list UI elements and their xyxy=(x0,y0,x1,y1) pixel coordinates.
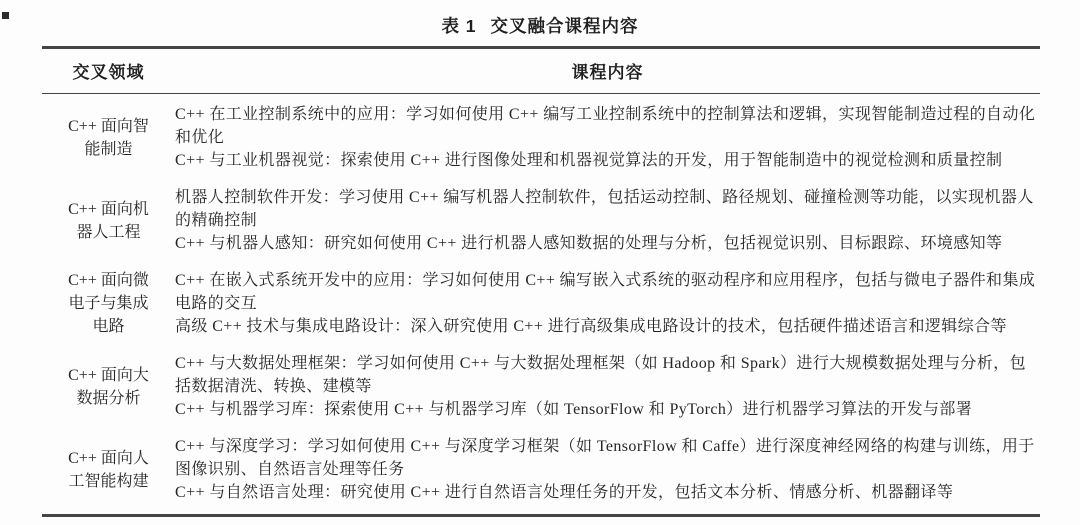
course-item: C++ 与机器人感知：研究如何使用 C++ 进行机器人感知数据的处理与分析，包括… xyxy=(175,232,1038,255)
table-caption-text: 交叉融合课程内容 xyxy=(491,16,639,36)
course-item: C++ 与工业机器视觉：探索使用 C++ 进行图像处理和机器视觉算法的开发，用于… xyxy=(175,149,1038,172)
table-row-big-data: C++ 面向大数据分析 C++ 与大数据处理框架：学习如何使用 C++ 与大数据… xyxy=(42,345,1040,428)
course-item: C++ 在嵌入式系统开发中的应用：学习如何使用 C++ 编写嵌入式系统的驱动程序… xyxy=(175,269,1038,315)
table-row-robotics: C++ 面向机器人工程 机器人控制软件开发：学习使用 C++ 编写机器人控制软件… xyxy=(42,179,1040,262)
domain-cell: C++ 面向机器人工程 xyxy=(42,186,175,255)
course-item: 高级 C++ 技术与集成电路设计：深入研究使用 C++ 进行高级集成电路设计的技… xyxy=(175,315,1038,338)
table-caption-label: 表 1 xyxy=(441,16,476,36)
header-domain: 交叉领域 xyxy=(42,58,175,83)
table-caption: 表 1交叉融合课程内容 xyxy=(0,0,1080,38)
domain-label: C++ 面向人工智能构建 xyxy=(64,447,154,493)
document-page: 表 1交叉融合课程内容 交叉领域 课程内容 C++ 面向智能制造 C++ 在工业… xyxy=(0,0,1080,525)
course-table: 交叉领域 课程内容 C++ 面向智能制造 C++ 在工业控制系统中的应用：学习如… xyxy=(42,46,1040,517)
domain-cell: C++ 面向微电子与集成电路 xyxy=(42,269,175,338)
content-cell: 机器人控制软件开发：学习使用 C++ 编写机器人控制软件，包括运动控制、路径规划… xyxy=(175,186,1040,255)
table-header-row: 交叉领域 课程内容 xyxy=(42,49,1040,93)
table-row-microelectronics: C++ 面向微电子与集成电路 C++ 在嵌入式系统开发中的应用：学习如何使用 C… xyxy=(42,262,1040,345)
scan-artifact xyxy=(2,12,9,19)
domain-cell: C++ 面向大数据分析 xyxy=(42,352,175,421)
table-body: C++ 面向智能制造 C++ 在工业控制系统中的应用：学习如何使用 C++ 编写… xyxy=(42,94,1040,514)
course-item: C++ 与机器学习库：探索使用 C++ 与机器学习库（如 TensorFlow … xyxy=(175,398,1038,421)
table-row-ai: C++ 面向人工智能构建 C++ 与深度学习：学习如何使用 C++ 与深度学习框… xyxy=(42,428,1040,511)
header-content: 课程内容 xyxy=(175,58,1040,83)
domain-label: C++ 面向微电子与集成电路 xyxy=(64,269,154,338)
domain-cell: C++ 面向人工智能构建 xyxy=(42,435,175,504)
course-item: C++ 与深度学习：学习如何使用 C++ 与深度学习框架（如 TensorFlo… xyxy=(175,435,1038,481)
table-row-smart-manufacturing: C++ 面向智能制造 C++ 在工业控制系统中的应用：学习如何使用 C++ 编写… xyxy=(42,96,1040,179)
domain-cell: C++ 面向智能制造 xyxy=(42,103,175,172)
course-item: 机器人控制软件开发：学习使用 C++ 编写机器人控制软件，包括运动控制、路径规划… xyxy=(175,186,1038,232)
domain-label: C++ 面向智能制造 xyxy=(64,115,154,161)
content-cell: C++ 与大数据处理框架：学习如何使用 C++ 与大数据处理框架（如 Hadoo… xyxy=(175,352,1040,421)
table-bottom-rule xyxy=(42,514,1040,517)
domain-label: C++ 面向机器人工程 xyxy=(64,198,154,244)
content-cell: C++ 在工业控制系统中的应用：学习如何使用 C++ 编写工业控制系统中的控制算… xyxy=(175,103,1040,172)
course-item: C++ 在工业控制系统中的应用：学习如何使用 C++ 编写工业控制系统中的控制算… xyxy=(175,103,1038,149)
course-item: C++ 与大数据处理框架：学习如何使用 C++ 与大数据处理框架（如 Hadoo… xyxy=(175,352,1038,398)
domain-label: C++ 面向大数据分析 xyxy=(64,364,154,410)
content-cell: C++ 在嵌入式系统开发中的应用：学习如何使用 C++ 编写嵌入式系统的驱动程序… xyxy=(175,269,1040,338)
content-cell: C++ 与深度学习：学习如何使用 C++ 与深度学习框架（如 TensorFlo… xyxy=(175,435,1040,504)
course-item: C++ 与自然语言处理：研究使用 C++ 进行自然语言处理任务的开发，包括文本分… xyxy=(175,481,1038,504)
